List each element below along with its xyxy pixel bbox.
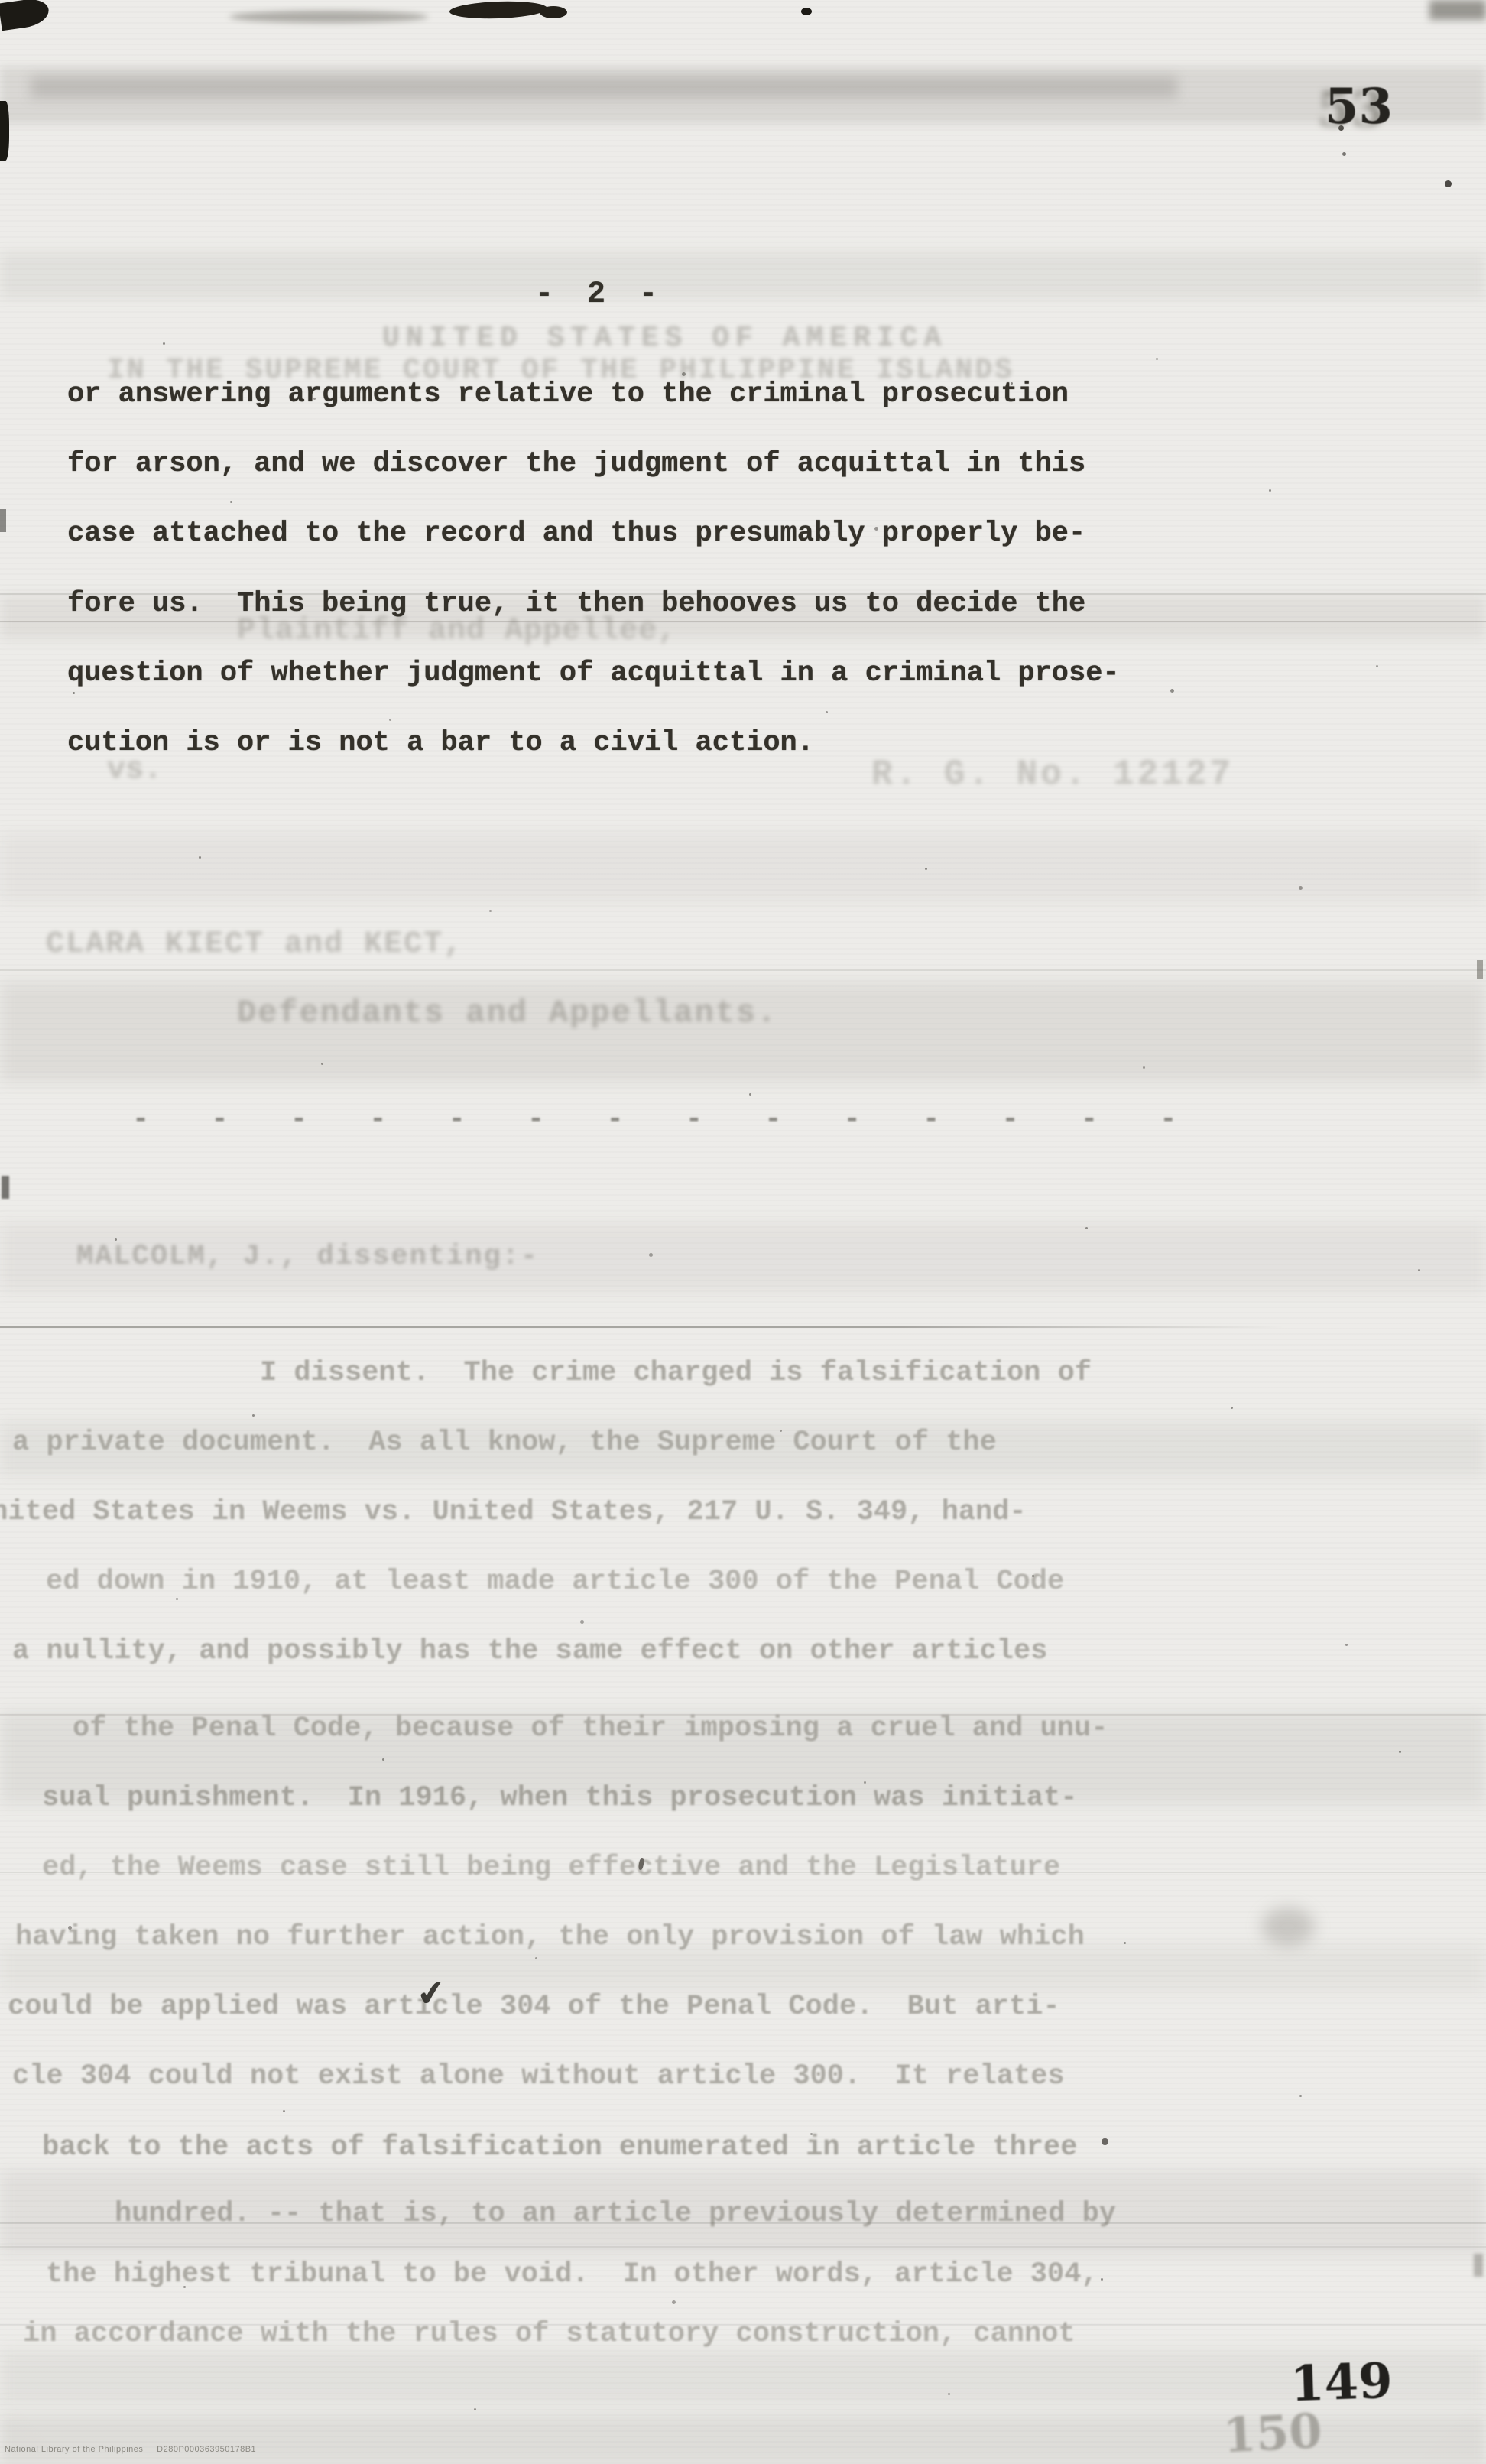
dissent-line: in accordance with the rules of statutor… (23, 2320, 1076, 2349)
dissent-line: back to the acts of falsification enumer… (42, 2134, 1077, 2162)
ghost-caption-plaintiff: Plaintiff and Appellee, (237, 616, 676, 647)
stamped-page-number: 53 (1325, 83, 1393, 131)
check-mark: ✔ (414, 1971, 449, 2016)
typed-line: fore us. This being true, it then behoov… (67, 590, 1085, 618)
typed-line: or answering arguments relative to the c… (67, 381, 1069, 409)
dissent-line: of the Penal Code, because of their impo… (73, 1715, 1108, 1743)
scan-artifact (1261, 1907, 1315, 1946)
dissent-line: a nullity, and possibly has the same eff… (12, 1638, 1047, 1666)
ink-blot (540, 6, 567, 18)
typed-line: cution is or is not a bar to a civil act… (67, 729, 814, 758)
ink-blot (801, 8, 812, 15)
fold-line (0, 1326, 1284, 1328)
folio-number-ghost: 150 (1222, 2407, 1322, 2460)
fold-line (0, 2246, 1486, 2248)
scan-artifact (0, 2351, 1486, 2404)
dissent-line: could be applied was article 304 of the … (8, 1993, 1060, 2021)
dissent-line: United States in Weems vs. United States… (0, 1498, 1027, 1527)
dissent-heading: MALCOLM, J., dissenting:- (76, 1243, 539, 1271)
scan-artifact (31, 76, 1177, 98)
ink-blot (1477, 960, 1483, 979)
scanned-page: 53 - 2 - UNITED STATES OF AMERICA IN THE… (0, 0, 1486, 2464)
ghost-caption-defendant-names: CLARA KIECT and KECT, (46, 930, 463, 960)
page-marker: - 2 - (535, 280, 665, 310)
caption-separator-dashes: - - - - - - - - - - - - - - (132, 1104, 1177, 1136)
fold-line (0, 969, 1486, 971)
fold-line (0, 621, 1486, 622)
dissent-line: ed, the Weems case still being effective… (42, 1854, 1060, 1882)
dissent-line: ed down in 1910, at least made article 3… (46, 1568, 1064, 1596)
dissent-line: the highest tribunal to be void. In othe… (46, 2261, 1098, 2289)
dissent-line: I dissent. The crime charged is falsific… (260, 1359, 1092, 1388)
ghost-caption-vs: vs. (107, 755, 162, 786)
library-watermark: National Library of the Philippines D280… (5, 2445, 256, 2454)
dissent-line: hundred. -- that is, to an article previ… (115, 2200, 1116, 2229)
scan-artifact (0, 252, 1486, 298)
paper-specks (0, 0, 2, 2)
ink-blot (2, 1176, 9, 1199)
scan-artifact (0, 833, 1486, 902)
dissent-line: having taken no further action, the only… (15, 1923, 1085, 1952)
dissent-line: a private document. As all know, the Sup… (12, 1429, 997, 1457)
ink-blot (1474, 2254, 1483, 2277)
ink-blot (0, 0, 50, 31)
ghost-caption-case-number: R. G. No. 12127 (871, 757, 1234, 792)
typed-line: case attached to the record and thus pre… (67, 520, 1085, 548)
typed-line: for arson, and we discover the judgment … (67, 450, 1085, 479)
ink-blot (1445, 180, 1452, 187)
typed-line: question of whether judgment of acquitta… (67, 660, 1120, 688)
ink-blot (229, 11, 428, 23)
dissent-line: sual punishment. In 1916, when this pros… (42, 1784, 1077, 1813)
ghost-caption-country: UNITED STATES OF AMERICA (382, 324, 947, 353)
dissent-line: cle 304 could not exist alone without ar… (12, 2063, 1065, 2091)
ink-blot (0, 509, 6, 532)
ink-blot (1429, 0, 1486, 20)
ghost-caption-defendants: Defendants and Appellants. (237, 997, 777, 1029)
ink-blot (449, 0, 548, 20)
folio-number: 149 (1290, 2357, 1394, 2410)
ink-blot (0, 101, 9, 161)
